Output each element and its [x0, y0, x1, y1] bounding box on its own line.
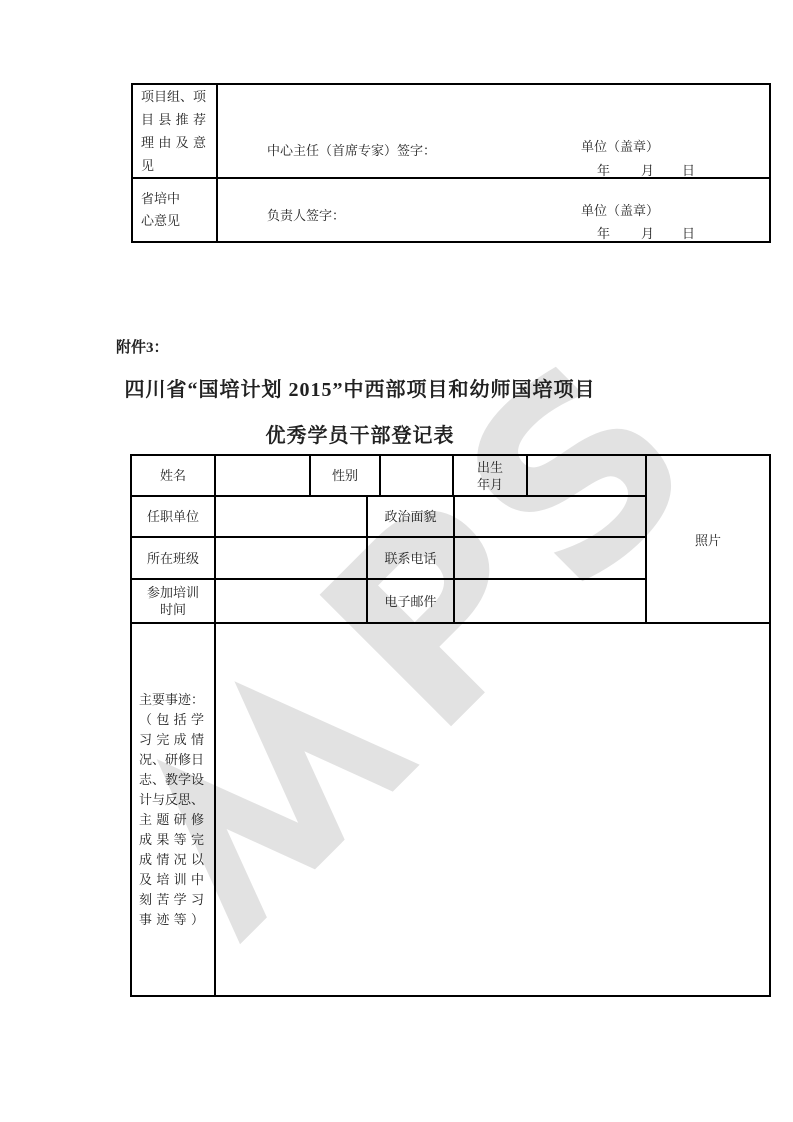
political-status-value-cell[interactable] — [455, 497, 647, 538]
main-deeds-value-cell[interactable] — [216, 624, 769, 995]
table-row: 主要事迹： （包括学 习完成情 况、研修日 志、教学设 计与反思、 主题研修 成… — [132, 624, 769, 995]
attachment-label: 附件3： — [116, 336, 169, 357]
seal-label: 单位（盖章） — [581, 200, 659, 219]
signature-label: 负责人签字： — [267, 205, 345, 224]
phone-label: 联系电话 — [368, 538, 455, 580]
work-unit-value-cell[interactable] — [216, 497, 368, 538]
birth-date-label: 出生 年月 — [454, 456, 528, 497]
class-value-cell[interactable] — [216, 538, 368, 580]
training-time-value-cell[interactable] — [216, 580, 368, 624]
photo-label: 照片 — [695, 530, 721, 549]
email-label: 电子邮件 — [368, 580, 455, 624]
approval-content-cell[interactable]: 中心主任（首席专家）签字： 单位（盖章） 年月日 — [218, 85, 769, 177]
approval-label-provincial-center: 省培中 心意见 — [133, 179, 218, 241]
table-row: 项目组、项 目县推荐 理由及意 见 中心主任（首席专家）签字： 单位（盖章） 年… — [133, 85, 769, 179]
gender-value-cell[interactable] — [381, 456, 454, 497]
name-label: 姓名 — [132, 456, 216, 497]
document-page: PS 项目组、项 目县推荐 理由及意 见 中心主任（首席专家）签字： 单位（盖章… — [0, 0, 793, 1122]
registration-table: 姓名 性别 出生 年月 任职单位 政治面貌 所在班级 联系电话 参加培训 时间 … — [130, 454, 771, 997]
birth-date-value-cell[interactable] — [528, 456, 647, 497]
work-unit-label: 任职单位 — [132, 497, 216, 538]
doc-title-line1: 四川省“国培计划 2015”中西部项目和幼师国培项目 — [0, 373, 720, 402]
year-label: 年 — [597, 226, 610, 241]
class-label: 所在班级 — [132, 538, 216, 580]
date-line: 年月日 — [597, 160, 695, 179]
month-label: 月 — [641, 163, 654, 178]
photo-cell[interactable]: 照片 — [647, 456, 769, 624]
training-time-label: 参加培训 时间 — [132, 580, 216, 624]
phone-value-cell[interactable] — [455, 538, 647, 580]
signature-label: 中心主任（首席专家）签字： — [267, 140, 436, 159]
gender-label: 性别 — [311, 456, 381, 497]
seal-label: 单位（盖章） — [581, 136, 659, 155]
approval-content-cell[interactable]: 负责人签字： 单位（盖章） 年月日 — [218, 179, 769, 241]
name-value-cell[interactable] — [216, 456, 311, 497]
day-label: 日 — [682, 226, 695, 241]
month-label: 月 — [641, 226, 654, 241]
date-line: 年月日 — [597, 223, 695, 242]
table-row: 省培中 心意见 负责人签字： 单位（盖章） 年月日 — [133, 179, 769, 241]
approval-table: 项目组、项 目县推荐 理由及意 见 中心主任（首席专家）签字： 单位（盖章） 年… — [131, 83, 771, 243]
doc-title-line2: 优秀学员干部登记表 — [0, 419, 720, 448]
year-label: 年 — [597, 163, 610, 178]
approval-label-project-group: 项目组、项 目县推荐 理由及意 见 — [133, 85, 218, 177]
email-value-cell[interactable] — [455, 580, 647, 624]
day-label: 日 — [682, 163, 695, 178]
political-status-label: 政治面貌 — [368, 497, 455, 538]
main-deeds-label: 主要事迹： （包括学 习完成情 况、研修日 志、教学设 计与反思、 主题研修 成… — [132, 624, 216, 995]
